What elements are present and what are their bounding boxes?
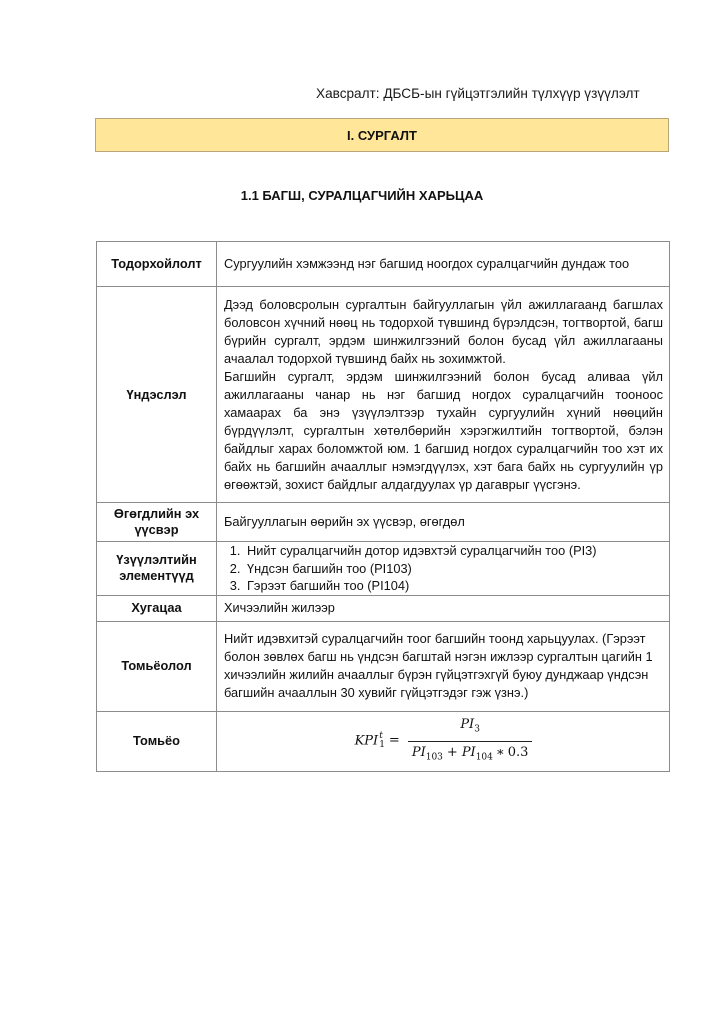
- table-row-period: Хугацаа Хичээлийн жилээр: [97, 595, 670, 621]
- list-item: Нийт суралцагчийн дотор идэвхтэй суралца…: [244, 542, 663, 560]
- table-row-data-source: Өгөгдлийн эх үүсвэр Байгууллагын өөрийн …: [97, 503, 670, 542]
- elements-list: Нийт суралцагчийн дотор идэвхтэй суралца…: [224, 542, 663, 595]
- section-banner: I. СУРГАЛТ: [95, 118, 669, 152]
- kpi-table: Тодорхойлолт Сургуулийн хэмжээнд нэг баг…: [96, 241, 670, 772]
- table-row-elements: Үзүүлэлтийн элементүүд Нийт суралцагчийн…: [97, 542, 670, 596]
- table-row-definition: Тодорхойлолт Сургуулийн хэмжээнд нэг баг…: [97, 242, 670, 287]
- definition-value: Сургуулийн хэмжээнд нэг багшид ноогдох с…: [217, 242, 670, 287]
- period-value: Хичээлийн жилээр: [217, 595, 670, 621]
- formula-fraction: PI3 PI103+PI104∗0.3: [408, 716, 533, 766]
- appendix-title: Хавсралт: ДБСБ-ын гүйцэтгэлийн түлхүүр ү…: [316, 86, 640, 101]
- kpi-subtitle: 1.1 БАГШ, СУРАЛЦАГЧИЙН ХАРЬЦАА: [0, 188, 724, 203]
- table-row-rationale: Үндэслэл Дээд боловсролын сургалтын байг…: [97, 287, 670, 503]
- formula-lhs: KPIt1: [355, 732, 385, 751]
- data-source-label: Өгөгдлийн эх үүсвэр: [97, 503, 217, 542]
- kpi-formula: KPIt1 = PI3 PI103+PI104∗0.3: [355, 716, 533, 766]
- formula-numerator: PI3: [456, 716, 484, 741]
- list-item: Үндсэн багшийн тоо (PI103): [244, 560, 663, 578]
- period-label: Хугацаа: [97, 595, 217, 621]
- formula-label: Томьёо: [97, 711, 217, 771]
- formula-denominator: PI103+PI104∗0.3: [408, 741, 533, 767]
- methodology-label: Томьёолол: [97, 621, 217, 711]
- list-item: Гэрээт багшийн тоо (PI104): [244, 577, 663, 595]
- rationale-value: Дээд боловсролын сургалтын байгууллагын …: [217, 287, 670, 503]
- data-source-value: Байгууллагын өөрийн эх үүсвэр, өгөгдөл: [217, 503, 670, 542]
- rationale-paragraph: Багшийн сургалт, эрдэм шинжилгээний боло…: [224, 368, 663, 494]
- elements-value: Нийт суралцагчийн дотор идэвхтэй суралца…: [217, 542, 670, 596]
- section-banner-text: I. СУРГАЛТ: [347, 128, 417, 143]
- table-row-formula: Томьёо KPIt1 = PI3 PI103+PI104∗0.3: [97, 711, 670, 771]
- definition-label: Тодорхойлолт: [97, 242, 217, 287]
- formula-value: KPIt1 = PI3 PI103+PI104∗0.3: [217, 711, 670, 771]
- rationale-label: Үндэслэл: [97, 287, 217, 503]
- elements-label: Үзүүлэлтийн элементүүд: [97, 542, 217, 596]
- rationale-paragraph: Дээд боловсролын сургалтын байгууллагын …: [224, 296, 663, 368]
- table-row-methodology: Томьёолол Нийт идэвхитэй суралцагчийн то…: [97, 621, 670, 711]
- methodology-value: Нийт идэвхитэй суралцагчийн тоог багшийн…: [217, 621, 670, 711]
- formula-equals: =: [389, 732, 400, 750]
